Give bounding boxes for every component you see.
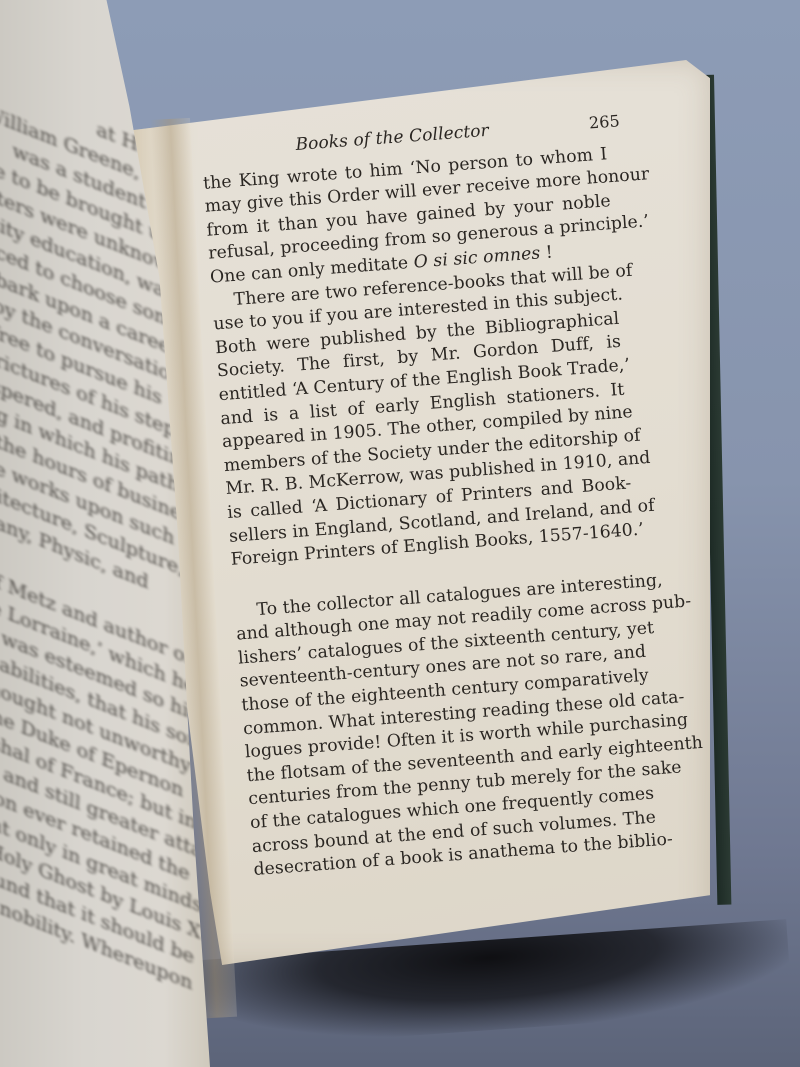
- paragraph-3: To the collector all catalogues are inte…: [234, 570, 674, 883]
- book-photo: at Home William Greene, the was a studen…: [0, 0, 800, 1067]
- page-number: 265: [588, 109, 620, 135]
- punctuation: !: [545, 242, 553, 262]
- paragraph-2: There are two reference-books that will …: [211, 259, 651, 572]
- right-page-text: Books of the Collector 265 the King wrot…: [200, 109, 673, 883]
